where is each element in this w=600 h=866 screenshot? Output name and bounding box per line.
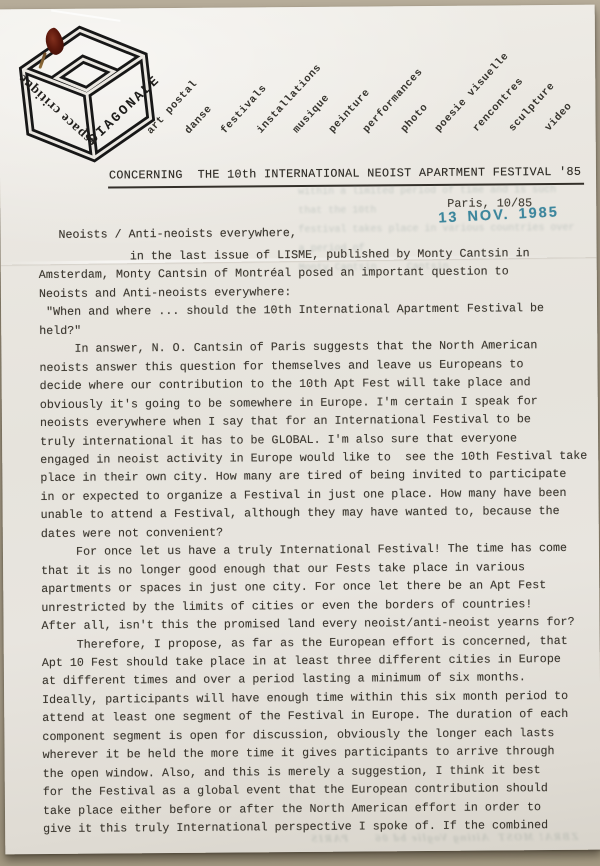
salutation: Neoists / Anti-neoists everywhere, xyxy=(58,226,297,242)
category-label: video xyxy=(543,100,575,134)
letter-body: in the last issue of LISME, published by… xyxy=(39,244,596,839)
category-label: photo xyxy=(399,102,431,136)
paragraph-quote: "When and where ... should the 10th Inte… xyxy=(39,299,591,340)
category-label: poesie visuelle xyxy=(433,51,512,135)
category-labels: art postal danse festivals installations… xyxy=(0,5,595,10)
paragraph-intro: in the last issue of LISME, published by… xyxy=(39,244,591,304)
paragraph-answer: In answer, N. O. Cantsin of Paris sugges… xyxy=(39,336,593,543)
category-label: installations xyxy=(255,62,325,136)
scanned-photo-backdrop: DIAGONALE espace critique art postal dan… xyxy=(0,0,600,866)
paragraph-proposal: Therefore, I propose, as far as the Euro… xyxy=(42,631,596,838)
category-label: danse xyxy=(183,103,215,137)
letter-page: DIAGONALE espace critique art postal dan… xyxy=(0,5,600,855)
paragraph-appeal: For once let us have a truly Internation… xyxy=(41,539,594,636)
